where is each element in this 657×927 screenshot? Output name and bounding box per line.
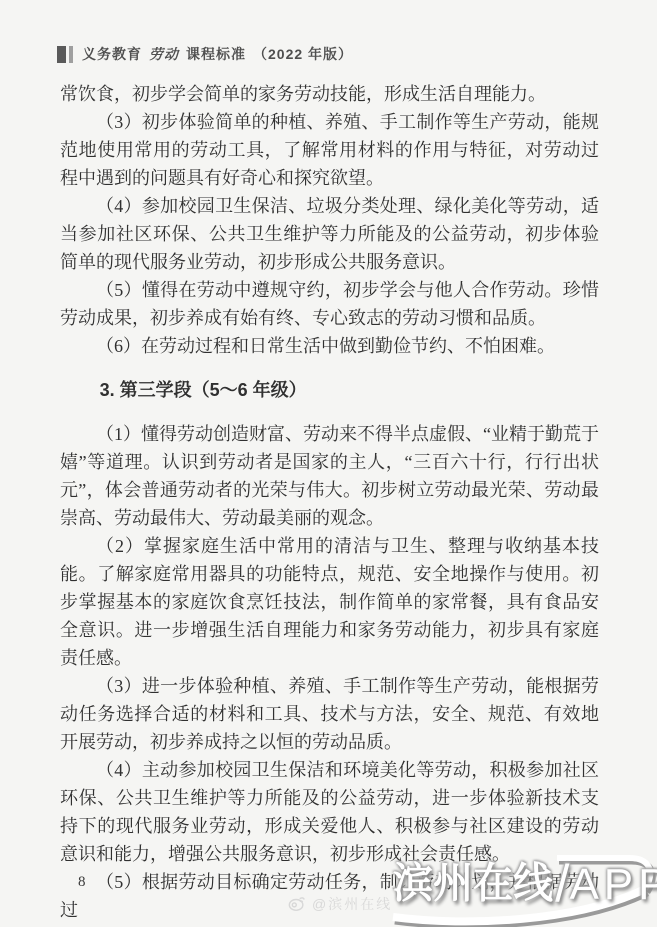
paragraph: （4）参加校园卫生保洁、垃圾分类处理、绿化美化等劳动，适当参加社区环保、公共卫生…	[60, 192, 599, 276]
section-heading: 3. 第三学段（5～6 年级）	[60, 376, 599, 404]
header-title-standard: 课程标准	[186, 44, 246, 64]
header-bars-icon	[57, 46, 73, 63]
paragraph: （6）在劳动过程和日常生活中做到勤俭节约、不怕困难。	[60, 332, 599, 360]
weibo-watermark: @滨州在线	[288, 894, 392, 914]
paragraph: （5）懂得在劳动中遵规守约，初步学会与他人合作劳动。珍惜劳动成果，初步养成有始有…	[60, 276, 599, 332]
page-number: 8	[78, 874, 86, 891]
paragraph: （4）主动参加校园卫生保洁和环境美化等劳动，积极参加社区环保、公共卫生维护等力所…	[60, 756, 599, 868]
site-watermark-cn: 滨州在线	[393, 860, 553, 908]
site-watermark-en: APP	[569, 861, 657, 909]
paragraph: （1）懂得劳动创造财富、劳动来不得半点虚假、“业精于勤荒于嬉”等道理。认识到劳动…	[60, 420, 599, 532]
paragraph: （3）初步体验简单的种植、养殖、手工制作等生产劳动，能规范地使用常用的劳动工具，…	[60, 108, 599, 192]
site-watermark-slash: /	[555, 861, 569, 907]
header-title-subject: 劳动	[149, 44, 179, 64]
site-watermark: 滨州在线 / APP	[389, 855, 657, 927]
document-body: 常饮食，初步学会简单的家务劳动技能，形成生活自理能力。（3）初步体验简单的种植、…	[60, 80, 599, 924]
weibo-watermark-text: @滨州在线	[312, 894, 392, 914]
paragraph: （3）进一步体验种植、养殖、手工制作等生产劳动，能根据劳动任务选择合适的材料和工…	[60, 672, 599, 756]
header-title-edition: （2022 年版）	[253, 44, 353, 64]
paragraph: （2）掌握家庭生活中常用的清洁与卫生、整理与收纳基本技能。了解家庭常用器具的功能…	[60, 532, 599, 672]
paragraph: 常饮食，初步学会简单的家务劳动技能，形成生活自理能力。	[60, 80, 599, 108]
header-title-education: 义务教育	[82, 44, 142, 64]
running-header: 义务教育 劳动 课程标准 （2022 年版）	[57, 44, 360, 64]
document-page: { "header": { "part1": "义务教育", "part2": …	[0, 0, 657, 927]
weibo-icon	[288, 895, 306, 913]
